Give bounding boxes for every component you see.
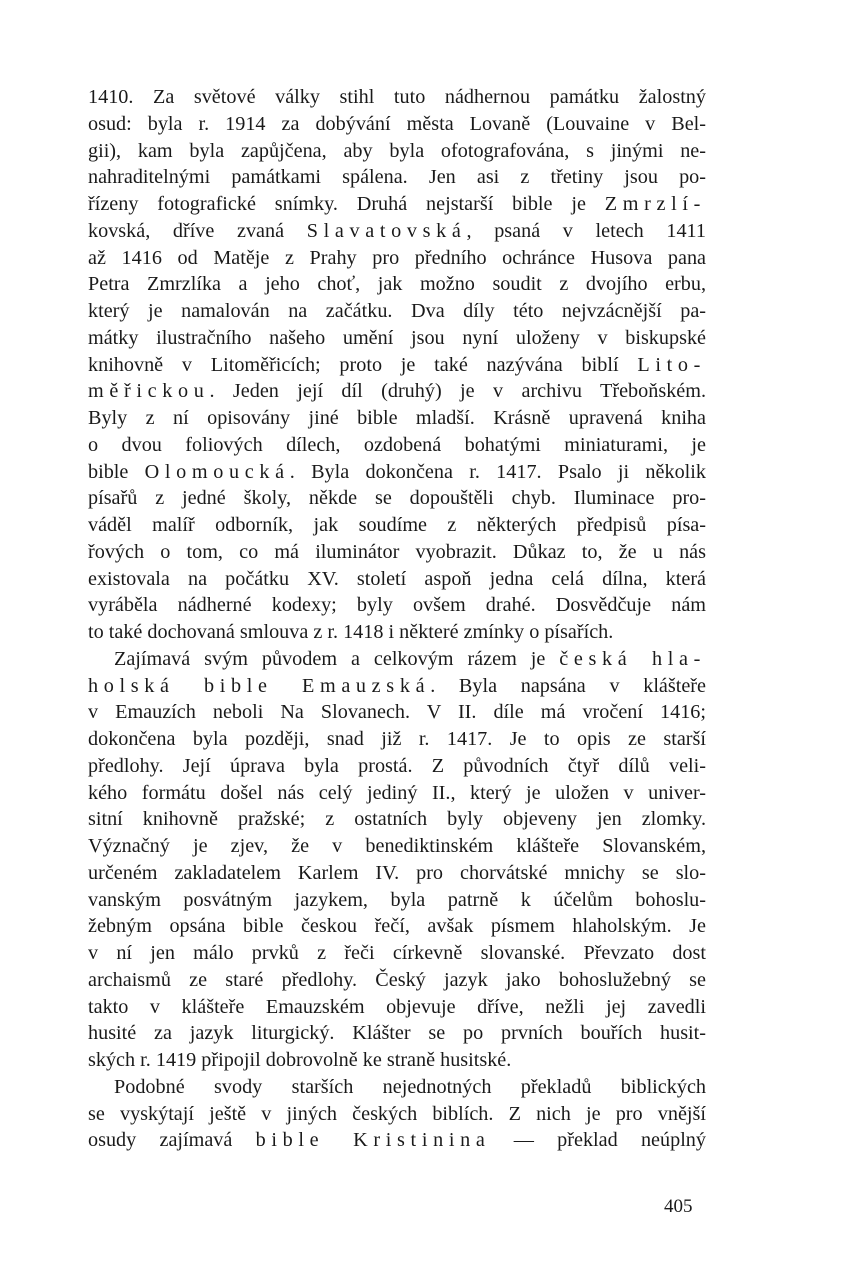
text-line: vyráběla nádherné kodexy; byly ovšem dra… [88, 592, 706, 619]
text-line: určeném zakladatelem Karlem IV. pro chor… [88, 860, 706, 887]
paragraph-start-line: Zajímavá svým původem a celkovým rázem j… [88, 646, 706, 673]
text-line: který je namalován na začátku. Dva díly … [88, 298, 706, 325]
text-line: knihovně v Litoměřicích; proto je také n… [88, 352, 706, 379]
text-line: váděl malíř odborník, jak soudíme z někt… [88, 512, 706, 539]
text-line: takto v klášteře Emauzském objevuje dřív… [88, 994, 706, 1021]
text-line: řových o tom, co má iluminátor vyobrazit… [88, 539, 706, 566]
text-line: Byly z ní opisovány jiné bible mladší. K… [88, 405, 706, 432]
paragraph-start-line: Podobné svody starších nejednotných přek… [88, 1074, 706, 1101]
text-line: kého formátu došel nás celý jediný II., … [88, 780, 706, 807]
text-line: v ní jen málo prvků z řeči církevně slov… [88, 940, 706, 967]
text-line: gii), kam byla zapůjčena, aby byla ofoto… [88, 138, 706, 165]
text-line: dokončena byla později, snad již r. 1417… [88, 726, 706, 753]
text-line: žebným opsána bible českou řečí, avšak p… [88, 913, 706, 940]
text-line: sitní knihovně pražské; z ostatních byly… [88, 806, 706, 833]
text-line: mátky ilustračního našeho umění jsou nyn… [88, 325, 706, 352]
text-line: existovala na počátku XV. století aspoň … [88, 566, 706, 593]
text-line: v Emauzích neboli Na Slovanech. V II. dí… [88, 699, 706, 726]
text-line: vanským posvátným jazykem, byla patrně k… [88, 887, 706, 914]
text-line: 1410. Za světové války stihl tuto nádher… [88, 84, 706, 111]
text-line: Petra Zmrzlíka a jeho choť, jak možno so… [88, 271, 706, 298]
text-line: měřickou. Jeden její díl (druhý) je v ar… [88, 378, 706, 405]
text-line: husité za jazyk liturgický. Klášter se p… [88, 1020, 706, 1047]
text-line: předlohy. Její úprava byla prostá. Z pův… [88, 753, 706, 780]
text-line: řízeny fotografické snímky. Druhá nejsta… [88, 191, 706, 218]
text-line: o dvou foliových dílech, ozdobená bohatý… [88, 432, 706, 459]
page-number: 405 [664, 1196, 693, 1218]
text-line: ských r. 1419 připojil dobrovolně ke str… [88, 1047, 706, 1074]
text-line: archaismů ze staré předlohy. Český jazyk… [88, 967, 706, 994]
text-line: to také dochovaná smlouva z r. 1418 i ně… [88, 619, 706, 646]
text-line: písařů z jedné školy, někde se dopouštěl… [88, 485, 706, 512]
text-line: až 1416 od Matěje z Prahy pro předního o… [88, 245, 706, 272]
text-line: osud: byla r. 1914 za dobývání města Lov… [88, 111, 706, 138]
document-page: 1410. Za světové války stihl tuto nádher… [88, 84, 706, 1154]
text-line: nahraditelnými památkami spálena. Jen as… [88, 164, 706, 191]
text-line: Význačný je zjev, že v benediktinském kl… [88, 833, 706, 860]
text-line: holská bible Emauzská. Byla napsána v kl… [88, 673, 706, 700]
text-line: osudy zajímavá bible Kristinina — překla… [88, 1127, 706, 1154]
text-line: bible Olomoucká. Byla dokončena r. 1417.… [88, 459, 706, 486]
text-line: se vyskýtají ještě v jiných českých bibl… [88, 1101, 706, 1128]
text-line: kovská, dříve zvaná Slavatovská, psaná v… [88, 218, 706, 245]
